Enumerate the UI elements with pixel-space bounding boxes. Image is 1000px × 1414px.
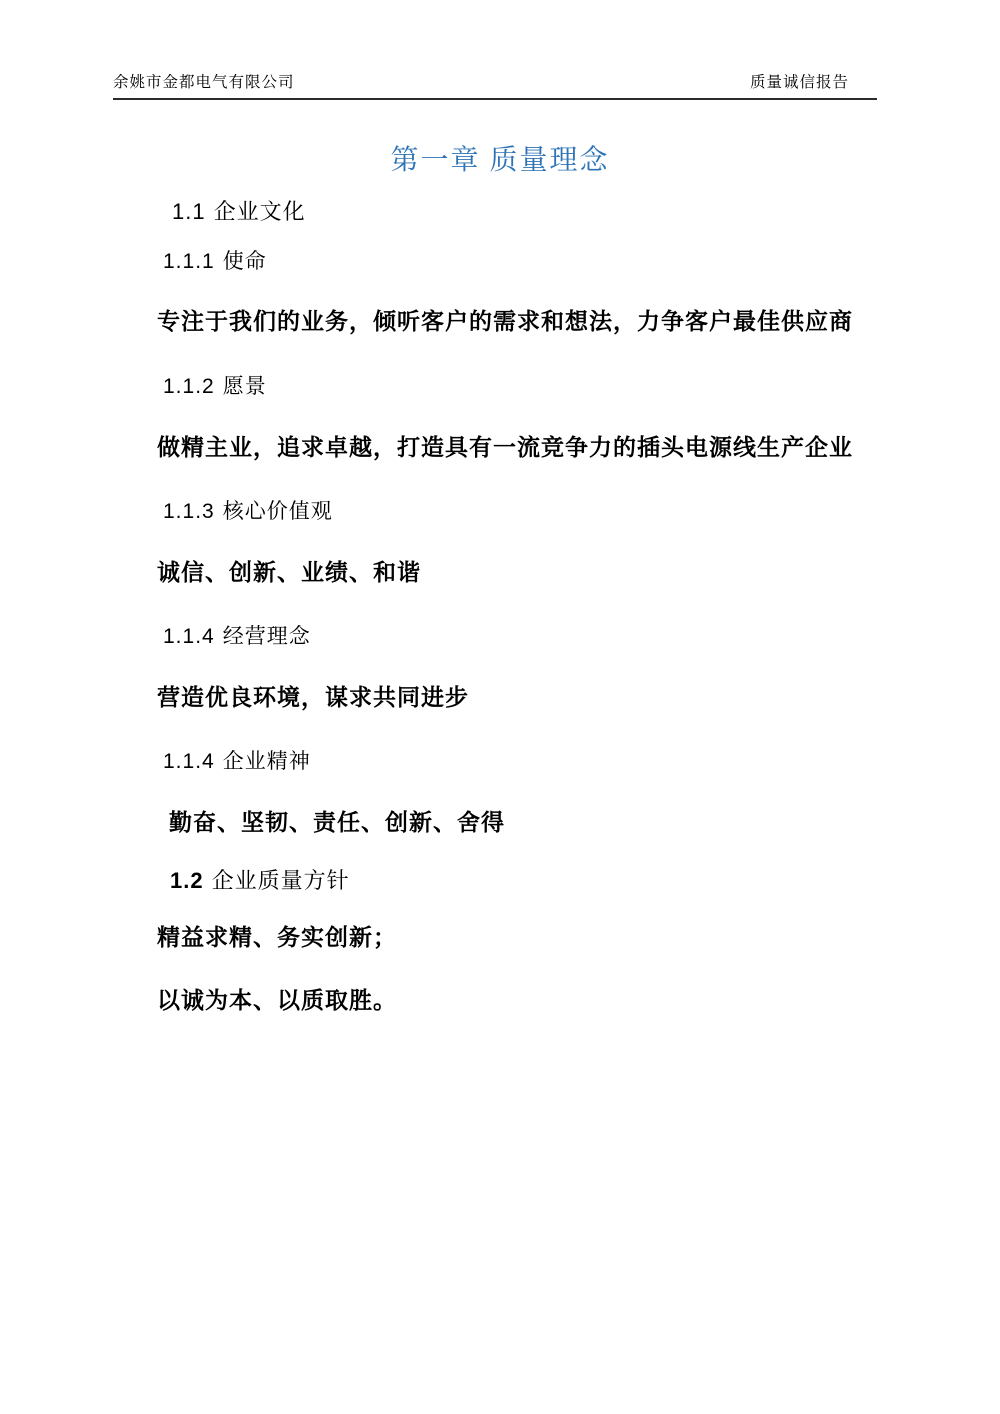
subsection-label: 核心价值观 (223, 499, 333, 523)
subsection-number: 1.1.4 (163, 750, 215, 773)
subsection-label: 企业精神 (223, 749, 311, 773)
subsection-number: 1.1.3 (163, 500, 215, 523)
subsection-number: 1.1.4 (163, 625, 215, 648)
chapter-title: 第一章 质量理念 (0, 138, 1000, 178)
section-heading-1-2: 1.2企业质量方针 (170, 868, 350, 894)
paragraph-management-philosophy: 营造优良环境，谋求共同进步 (157, 684, 469, 712)
subsection-heading-1-1-2: 1.1.2愿景 (163, 374, 267, 399)
section-number: 1.2 (170, 868, 204, 893)
subsection-heading-1-1-3: 1.1.3核心价值观 (163, 499, 333, 524)
section-label: 企业文化 (214, 199, 306, 224)
subsection-label: 愿景 (223, 374, 267, 398)
section-label: 企业质量方针 (212, 868, 350, 893)
section-heading-1-1: 1.1企业文化 (172, 199, 306, 225)
subsection-number: 1.1.2 (163, 375, 215, 398)
subsection-number: 1.1.1 (163, 250, 215, 273)
paragraph-quality-policy-1: 精益求精、务实创新； (157, 924, 397, 952)
paragraph-enterprise-spirit: 勤奋、坚韧、责任、创新、舍得 (169, 809, 505, 837)
header-company-name: 余姚市金都电气有限公司 (113, 70, 295, 92)
subsection-label: 使命 (223, 249, 267, 273)
page-header: 余姚市金都电气有限公司 质量诚信报告 (113, 70, 877, 100)
paragraph-vision: 做精主业，追求卓越，打造具有一流竞争力的插头电源线生产企业 (157, 434, 853, 462)
subsection-heading-1-1-4-spirit: 1.1.4企业精神 (163, 749, 311, 774)
paragraph-quality-policy-2: 以诚为本、以质取胜。 (157, 987, 397, 1015)
header-report-title: 质量诚信报告 (750, 70, 877, 92)
subsection-heading-1-1-4-management: 1.1.4经营理念 (163, 624, 311, 649)
paragraph-mission: 专注于我们的业务，倾听客户的需求和想法，力争客户最佳供应商 (157, 308, 853, 336)
paragraph-core-values: 诚信、创新、业绩、和谐 (157, 559, 421, 587)
section-number: 1.1 (172, 199, 206, 224)
document-page: 余姚市金都电气有限公司 质量诚信报告 第一章 质量理念 1.1企业文化 1.1.… (0, 0, 1000, 1414)
subsection-label: 经营理念 (223, 624, 311, 648)
subsection-heading-1-1-1: 1.1.1使命 (163, 249, 267, 274)
